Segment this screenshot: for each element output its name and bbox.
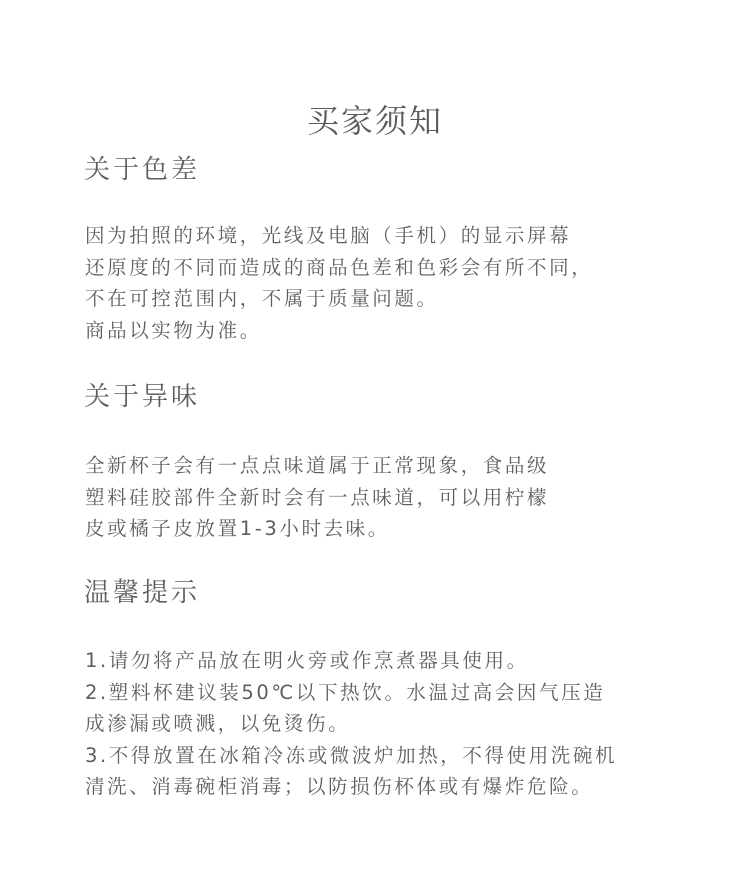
tip-item-2-continued: 成渗漏或喷溅，以免烫伤。	[85, 708, 617, 740]
section-heading-color-difference: 关于色差	[84, 153, 200, 187]
text-line: 塑料硅胶部件全新时会有一点味道，可以用柠檬	[85, 482, 549, 514]
text-line: 不在可控范围内，不属于质量问题。	[85, 283, 593, 315]
section-heading-tips: 温馨提示	[84, 576, 200, 610]
text-line: 因为拍照的环境，光线及电脑（手机）的显示屏幕	[85, 220, 593, 252]
text-line: 商品以实物为准。	[85, 315, 593, 347]
page-title: 买家须知	[0, 101, 750, 141]
text-line: 皮或橘子皮放置1-3小时去味。	[85, 513, 549, 545]
tip-item-2: 2.塑料杯建议装50℃以下热饮。水温过高会因气压造	[85, 677, 617, 709]
tip-item-3-continued: 清洗、消毒碗柜消毒；以防损伤杯体或有爆炸危险。	[85, 771, 617, 803]
text-line: 全新杯子会有一点点味道属于正常现象，食品级	[85, 450, 549, 482]
section-body-tips: 1.请勿将产品放在明火旁或作烹煮器具使用。 2.塑料杯建议装50℃以下热饮。水温…	[85, 645, 617, 803]
section-heading-odor: 关于异味	[84, 380, 200, 414]
section-body-color-difference: 因为拍照的环境，光线及电脑（手机）的显示屏幕 还原度的不同而造成的商品色差和色彩…	[85, 220, 593, 346]
tip-item-1: 1.请勿将产品放在明火旁或作烹煮器具使用。	[85, 645, 617, 677]
text-line: 还原度的不同而造成的商品色差和色彩会有所不同，	[85, 252, 593, 284]
section-body-odor: 全新杯子会有一点点味道属于正常现象，食品级 塑料硅胶部件全新时会有一点味道，可以…	[85, 450, 549, 545]
tip-item-3: 3.不得放置在冰箱冷冻或微波炉加热，不得使用洗碗机	[85, 740, 617, 772]
